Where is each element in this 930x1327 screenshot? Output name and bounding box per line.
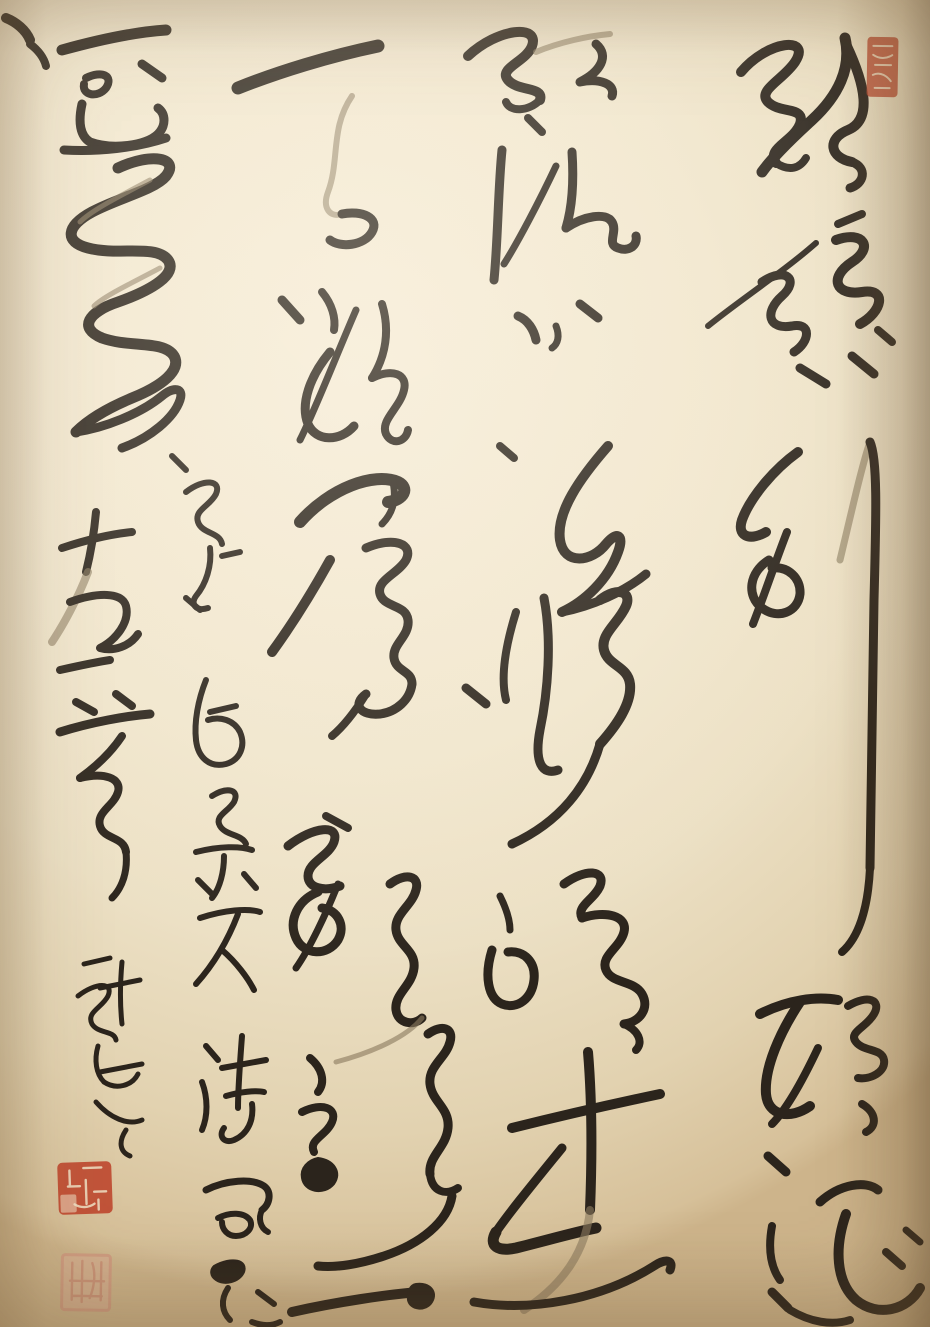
brush-stroke: [6, 18, 30, 40]
char-lu: [466, 592, 630, 844]
brush-stroke: [80, 776, 126, 852]
char-xue: [272, 478, 412, 736]
brush-stroke: [552, 326, 558, 348]
brush-stroke: [310, 1058, 322, 1092]
brush-stroke: [838, 214, 862, 224]
brush-stroke: [60, 660, 110, 670]
brush-stroke: [121, 962, 123, 1024]
brush-stroke: [468, 32, 540, 100]
brush-stroke: [238, 46, 378, 88]
brush-stroke: [112, 852, 126, 898]
brush-stroke: [326, 96, 352, 215]
brush-stroke: [62, 532, 132, 548]
char-wu: [71, 159, 181, 448]
brush-stroke: [624, 1024, 640, 1050]
brush-stroke: [292, 1292, 420, 1312]
brush-stroke: [206, 1046, 218, 1060]
brush-stroke: [850, 162, 862, 188]
char-yi: [708, 214, 892, 384]
brush-stroke: [833, 44, 863, 162]
brush-stroke: [100, 1064, 142, 1072]
colophon-char: [196, 790, 256, 898]
brush-stroke: [211, 1260, 244, 1282]
brush-stroke: [218, 1214, 251, 1236]
char-pei: [760, 999, 884, 1132]
brush-stroke: [260, 1210, 268, 1232]
brush-stroke: [223, 1288, 230, 1320]
brush-stroke: [76, 702, 94, 712]
brush-stroke: [84, 74, 109, 94]
brush-stroke: [71, 159, 176, 432]
seal-lower-left-upper: [57, 1161, 113, 1215]
brush-stroke: [770, 1226, 780, 1280]
colophon-char: [206, 1181, 269, 1236]
brush-stroke: [428, 1028, 451, 1174]
colophon-char: [196, 910, 260, 990]
brush-stroke: [52, 572, 88, 642]
column-2-characters: [466, 32, 671, 1310]
brush-stroke: [222, 552, 240, 556]
char-shou: [60, 694, 150, 898]
brush-stroke: [852, 356, 874, 374]
brush-stroke: [282, 300, 300, 320]
column-4-characters: [6, 18, 181, 1156]
brush-stroke: [580, 44, 613, 96]
brush-stroke: [488, 950, 534, 1006]
brush-stroke: [430, 1174, 458, 1192]
brush-stroke: [96, 1046, 104, 1082]
brush-stroke: [30, 44, 46, 66]
char-lv: [741, 38, 864, 188]
char-tian: [238, 46, 378, 245]
brush-stroke: [566, 216, 636, 249]
brush-stroke: [318, 1196, 452, 1267]
brush-stroke: [390, 877, 422, 1023]
artist-signature: [78, 958, 142, 1156]
brush-stroke: [60, 714, 150, 732]
calligraphy-photograph: Chinese wild-cursive calligraphy scroll …: [0, 0, 930, 1327]
brush-stroke: [196, 719, 242, 765]
brush-stroke: [196, 847, 252, 852]
char-yin: [302, 1028, 458, 1266]
brush-stroke: [198, 880, 212, 894]
brush-stroke: [886, 1252, 902, 1266]
brush-stroke: [768, 1156, 786, 1172]
seal-lower-left-lower: [62, 1255, 111, 1311]
brush-stroke: [194, 548, 211, 609]
brush-stroke: [772, 1292, 788, 1308]
char-yu: [282, 292, 408, 441]
brush-stroke: [588, 1052, 591, 1210]
brush-stroke: [518, 316, 536, 340]
brush-stroke: [116, 694, 132, 706]
brush-stroke: [494, 150, 502, 280]
brush-stroke: [62, 30, 166, 50]
colophon-column: [172, 456, 280, 1325]
brush-stroke: [842, 868, 870, 952]
char-hong: [468, 32, 613, 109]
brush-stroke: [80, 180, 150, 222]
brush-stroke: [878, 330, 892, 342]
brush-stroke: [762, 275, 807, 352]
brush-stroke: [210, 706, 236, 712]
brush-stroke: [258, 1292, 274, 1304]
edge-stroke-fragment: [6, 18, 46, 66]
brush-stroke: [790, 1310, 850, 1323]
brush-stroke: [64, 138, 166, 151]
brush-stroke: [372, 373, 408, 441]
brush-stroke: [862, 1104, 874, 1132]
brush-stroke: [300, 310, 356, 440]
brush-stroke: [212, 790, 246, 844]
brush-stroke: [366, 542, 412, 684]
brush-stroke: [78, 986, 116, 1041]
colophon-char: [202, 1036, 266, 1141]
brush-stroke: [244, 874, 256, 888]
brush-stroke: [222, 1060, 266, 1068]
brush-stroke: [222, 950, 254, 990]
brush-stroke: [800, 368, 826, 384]
brush-stroke: [836, 237, 879, 324]
brush-stroke: [272, 560, 330, 652]
brush-stroke: [195, 680, 206, 740]
brush-stroke: [186, 482, 222, 544]
brush-stroke: [528, 118, 542, 132]
char-jiu: [768, 1156, 920, 1323]
brush-stroke: [906, 1230, 920, 1242]
brush-stroke: [302, 1107, 333, 1152]
seal-top-right: [866, 37, 898, 98]
brush-stroke: [504, 612, 516, 700]
brush-stroke: [288, 830, 340, 889]
brush-stroke: [512, 744, 600, 844]
char-yi-small: [60, 660, 110, 670]
char-bei: [62, 30, 166, 151]
brush-stroke: [600, 592, 630, 744]
brush-stroke: [870, 442, 876, 868]
colophon-char: [172, 456, 240, 610]
column-3-characters: [238, 46, 458, 1312]
brush-stroke: [226, 1091, 264, 1096]
brush-stroke: [848, 1000, 884, 1079]
char-jiu-nine: [52, 572, 138, 649]
brush-stroke: [252, 1322, 280, 1325]
char-neng: [288, 816, 422, 1062]
brush-stroke: [506, 100, 540, 109]
char-wan: [488, 873, 645, 1050]
char-yi-one: [292, 1284, 434, 1312]
brush-stroke: [500, 896, 510, 930]
brush-stroke: [466, 688, 486, 704]
brush-stroke: [206, 1181, 269, 1210]
brush-stroke: [820, 1185, 878, 1202]
char-huo: [500, 446, 646, 612]
brush-stroke: [776, 158, 806, 168]
brush-stroke: [202, 1082, 207, 1130]
brush-stroke: [560, 446, 621, 612]
brush-stroke: [582, 914, 645, 1024]
brush-stroke: [408, 1284, 434, 1309]
brush-stroke: [200, 910, 260, 918]
brush-stroke: [84, 958, 110, 964]
brush-stroke: [172, 456, 186, 470]
char-ni: [494, 118, 636, 280]
brush-stroke: [322, 292, 335, 330]
brush-stroke: [741, 452, 798, 537]
seal-body: [62, 1255, 111, 1311]
brush-stroke: [372, 304, 386, 378]
calligraphy-artwork: Chinese wild-cursive calligraphy scroll …: [0, 0, 930, 1327]
brush-stroke: [121, 1130, 130, 1156]
brush-stroke: [504, 166, 556, 264]
brush-stroke: [566, 152, 573, 228]
brush-stroke: [104, 1074, 138, 1086]
brush-stroke: [96, 1102, 142, 1122]
brush-stroke: [238, 1036, 242, 1108]
brush-stroke: [302, 1158, 337, 1191]
brush-stroke: [580, 304, 598, 318]
brush-stroke: [80, 736, 122, 778]
colophon-char: [211, 1260, 280, 1325]
colophon-char: [195, 680, 242, 765]
brush-stroke: [538, 598, 558, 771]
char-xiao: [518, 304, 598, 348]
char-xin: [741, 442, 876, 952]
char-shi: [62, 512, 132, 572]
brush-stroke: [500, 446, 514, 458]
brush-stroke: [196, 914, 238, 984]
brush-stroke: [142, 64, 162, 78]
column-1-characters: [708, 38, 920, 1323]
brush-stroke: [496, 1148, 562, 1232]
brush-stroke: [840, 442, 870, 560]
char-lai: [474, 1052, 671, 1310]
brush-stroke: [70, 595, 138, 649]
